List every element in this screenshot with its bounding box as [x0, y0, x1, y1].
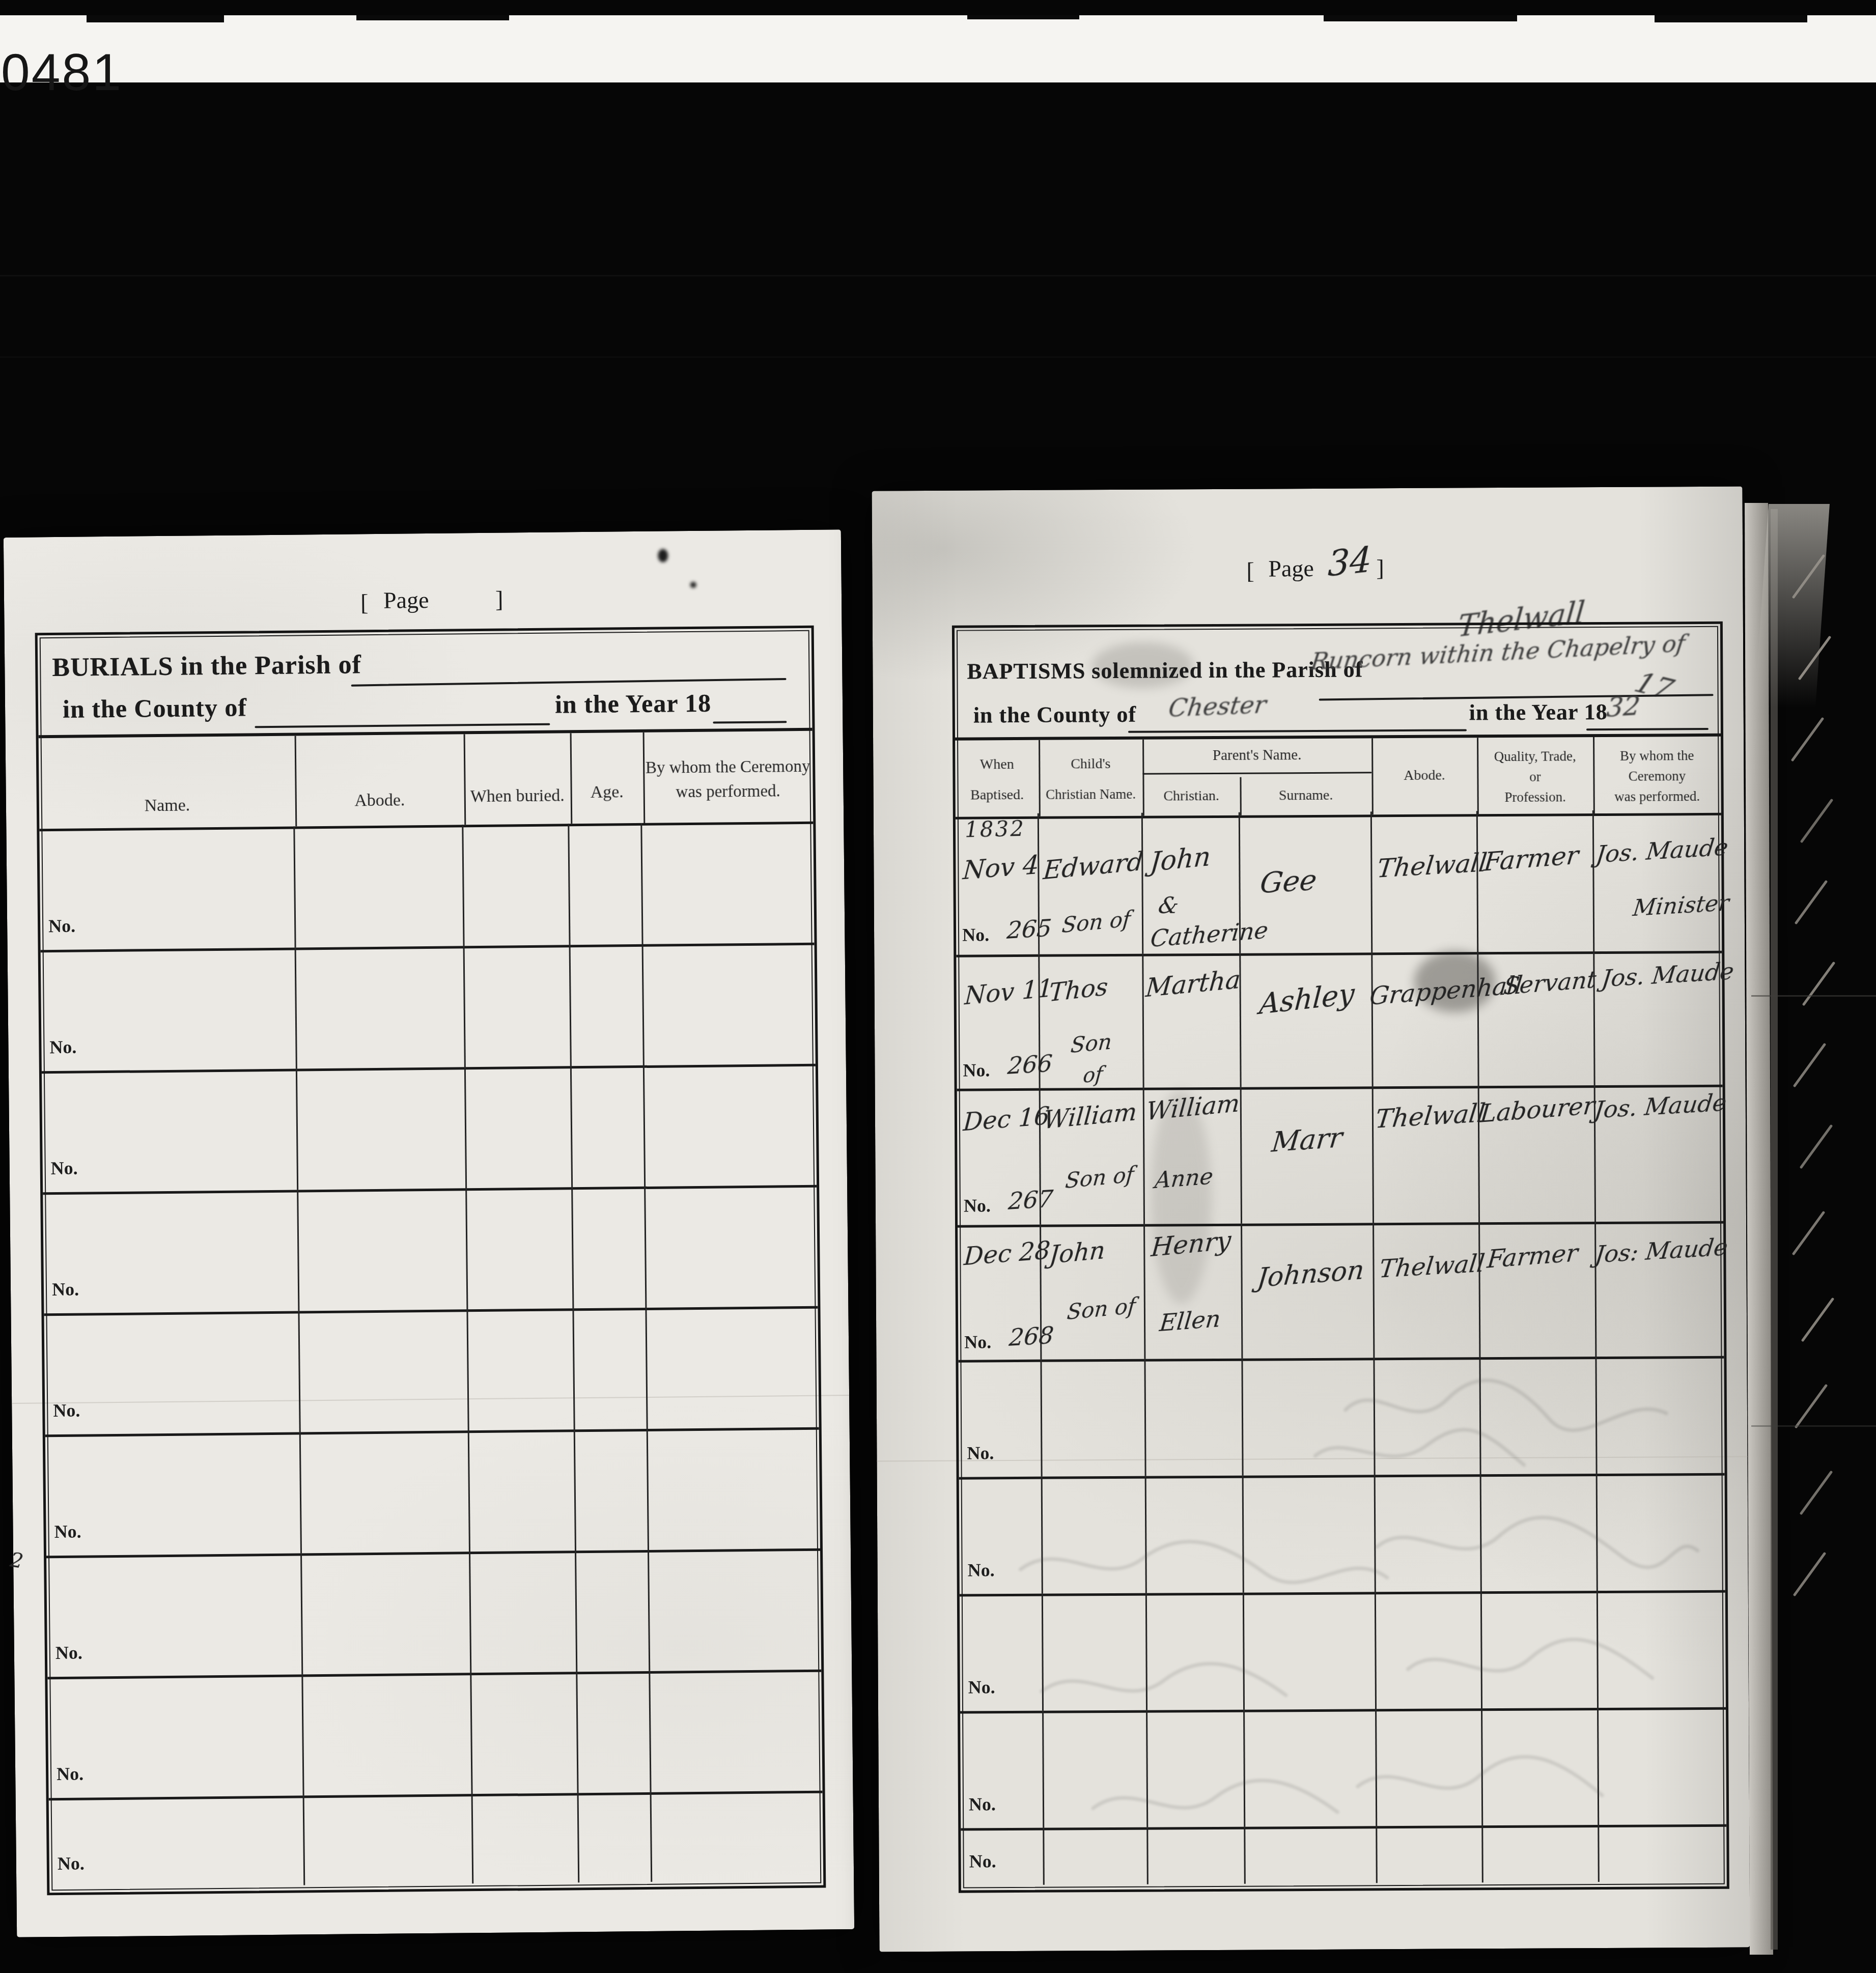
col-age: Age. — [571, 782, 643, 802]
col-name: Name. — [39, 795, 295, 816]
table-row: No. — [45, 1427, 820, 1559]
page-number-handwritten: 34 — [1327, 540, 1372, 585]
row-no-label: No. — [48, 915, 75, 937]
frame-number: 0481 — [1, 43, 123, 102]
col-childs-2: Christian Name. — [1039, 786, 1143, 803]
ink-blot — [658, 549, 668, 562]
blank-line — [713, 721, 787, 723]
col-christian: Christian. — [1143, 788, 1240, 805]
col-when-baptised-2: Baptised. — [956, 787, 1039, 804]
table-row: No. — [41, 943, 816, 1074]
page-label-close: ] — [495, 586, 503, 613]
row-no-label: No. — [49, 1036, 76, 1058]
row-no-label: No. — [969, 1850, 996, 1872]
row-no-label: No. — [969, 1793, 996, 1815]
table-row: No. — [958, 1356, 1724, 1480]
film-notch — [87, 15, 224, 22]
col-by-whom-3: was performed. — [1593, 788, 1721, 805]
table-row: No. — [959, 1473, 1725, 1597]
row-no-label: No. — [54, 1521, 81, 1543]
table-row: No. — [960, 1707, 1726, 1831]
burials-column-headers: Name. Abode. When buried. Age. By whom t… — [39, 728, 814, 832]
blank-line — [1586, 728, 1709, 730]
col-surname: Surname. — [1240, 787, 1372, 804]
scan-seam — [0, 275, 1876, 276]
register-scan: 0481 [ Page ] 2 BURIALS in the Parish of… — [0, 0, 1876, 1973]
table-row: No. — [960, 1590, 1726, 1714]
film-notch — [967, 15, 1079, 19]
table-row: No. — [46, 1548, 821, 1680]
film-notch — [1324, 15, 1517, 21]
table-row — [957, 1085, 1723, 1228]
parents-underline — [1142, 772, 1371, 774]
scan-artifact-line — [1751, 1425, 1876, 1427]
margin-mark: 2 — [8, 1548, 25, 1573]
page-label-word: Page — [383, 586, 429, 614]
burials-header: BURIALS in the Parish of in the County o… — [38, 628, 813, 736]
table-row: No. — [961, 1824, 1727, 1885]
col-by-whom: By whom the — [1593, 748, 1721, 764]
burials-year-label: in the Year 18 — [555, 688, 712, 719]
county-handwritten: Chester — [1167, 690, 1268, 723]
row-no-label: No. — [967, 1559, 994, 1581]
row-no-label: No. — [967, 1442, 994, 1463]
film-notch — [356, 15, 509, 20]
col-abode: Abode. — [295, 790, 464, 811]
burials-county-label: in the County of — [63, 692, 247, 723]
baptisms-table: BAPTISMS solemnized in the Parish of Run… — [952, 622, 1729, 1893]
row-no-label: No. — [52, 1279, 79, 1301]
row-no-label: No. — [968, 1676, 995, 1698]
page-label-open: [ — [1246, 557, 1254, 584]
film-header-strip: 0481 — [0, 15, 1876, 82]
col-by-whom-2: was performed. — [643, 782, 813, 802]
scan-artifact-line — [1751, 995, 1876, 997]
col-parents-name: Parent's Name. — [1142, 746, 1371, 764]
col-quality: Quality, Trade, — [1477, 748, 1593, 765]
table-row — [956, 951, 1722, 1091]
baptisms-county-label: in the County of — [973, 701, 1137, 728]
parish-handwritten: Runcorn within the Chapelry of — [1309, 629, 1687, 675]
blank-line — [255, 723, 550, 728]
col-childs: Child's — [1039, 756, 1142, 773]
burials-title: BURIALS in the Parish of — [52, 650, 361, 683]
table-row — [958, 1221, 1724, 1363]
film-notch — [1655, 15, 1807, 22]
blank-line — [1128, 729, 1467, 732]
burials-page: [ Page ] 2 BURIALS in the Parish of in t… — [4, 529, 854, 1937]
col-quality-2: or — [1477, 769, 1593, 785]
col-when-baptised: When — [955, 756, 1039, 773]
blank-line — [351, 678, 787, 687]
page-label-close: ] — [1376, 554, 1384, 581]
row-no-label: No. — [51, 1158, 78, 1179]
table-row — [956, 810, 1722, 957]
table-row: No. — [42, 1064, 817, 1195]
row-no-label: No. — [58, 1853, 85, 1875]
book-fore-edge — [1745, 503, 1773, 1955]
table-row: No. — [44, 1306, 819, 1438]
row-no-label: No. — [55, 1642, 82, 1664]
book-fore-edge-shadow — [1771, 509, 1778, 1950]
scan-seam — [0, 356, 1876, 358]
baptisms-column-headers: When Baptised. Child's Christian Name. P… — [955, 734, 1721, 820]
burials-table: BURIALS in the Parish of in the County o… — [35, 626, 826, 1896]
row-no-label: No. — [53, 1400, 80, 1422]
table-row: No. — [39, 822, 814, 953]
col-abode: Abode. — [1371, 767, 1477, 784]
page-label-open: [ — [360, 589, 369, 616]
row-no-label: No. — [57, 1763, 83, 1785]
baptisms-year-label: in the Year 18 — [1469, 699, 1608, 725]
col-by-whom: By whom the Ceremony — [643, 757, 813, 778]
ink-blot — [690, 582, 696, 588]
baptisms-header: BAPTISMS solemnized in the Parish of Run… — [955, 624, 1721, 738]
col-by-whom-2: Ceremony — [1593, 768, 1721, 784]
page-label-word: Page — [1268, 555, 1314, 582]
table-row: No. — [49, 1791, 824, 1888]
year-handwritten: 32 — [1605, 691, 1641, 723]
col-quality-3: Profession. — [1477, 789, 1593, 805]
table-row: No. — [43, 1185, 818, 1316]
baptisms-page: [ Page 34 ] Thelwall 17 BAPTISMS solemni… — [872, 487, 1750, 1952]
table-row: No. — [47, 1670, 822, 1801]
col-when-buried: When buried. — [464, 786, 571, 806]
baptisms-title: BAPTISMS solemnized in the Parish of — [967, 656, 1363, 684]
